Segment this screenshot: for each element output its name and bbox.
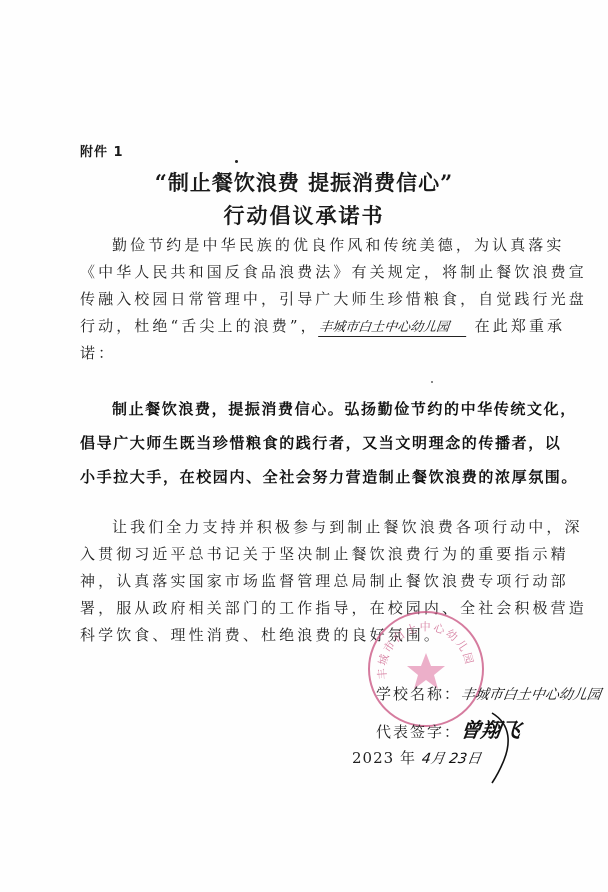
document-subtitle: 行动倡议承诺书 <box>0 200 608 230</box>
text-line: 传融入校园日常管理中，引导广大师生珍惜粮食，自觉践行光盘 <box>80 286 542 313</box>
date-month-day-handwritten: 4月 23日 <box>420 748 482 768</box>
text-line: 神，认真落实国家市场监督管理总局制止餐饮浪费专项行动部 <box>80 568 542 595</box>
text-line: 制止餐饮浪费，提振消费信心。弘扬勤俭节约的中华传统文化， <box>80 392 542 426</box>
document-page: 附件 1 “制止餐饮浪费 提振消费信心” 行动倡议承诺书 勤俭节约是中华民族的优… <box>0 0 608 892</box>
text-line: 诺： <box>80 340 542 367</box>
representative-label: 代表签字： <box>376 723 461 741</box>
text-line: 让我们全力支持并积极参与到制止餐饮浪费各项行动中，深 <box>80 514 542 541</box>
school-name-label: 学校名称： <box>376 685 461 703</box>
text-line: 小手拉大手，在校园内、全社会努力营造制止餐饮浪费的浓厚氛围。 <box>80 460 542 494</box>
paragraph-intro: 勤俭节约是中华民族的优良作风和传统美德，为认真落实 《中华人民共和国反食品浪费法… <box>80 232 542 367</box>
school-name-row: 学校名称：丰城市白土中心幼儿园 <box>376 683 601 704</box>
scan-dot <box>235 160 238 163</box>
document-title: “制止餐饮浪费 提振消费信心” <box>0 167 608 197</box>
date-row: 2023 年 4月 23日 <box>352 747 481 768</box>
text-line-with-fill: 行动，杜绝“舌尖上的浪费”，丰城市白土中心幼儿园 在此郑重承 <box>80 313 542 340</box>
date-year: 2023 年 <box>352 749 422 767</box>
handwritten-school-name: 丰城市白土中心幼儿园 <box>318 320 468 337</box>
text-line: 《中华人民共和国反食品浪费法》有关规定，将制止餐饮浪费宣 <box>80 259 542 286</box>
attachment-label: 附件 1 <box>80 141 124 160</box>
paragraph-pledge: 制止餐饮浪费，提振消费信心。弘扬勤俭节约的中华传统文化， 倡导广大师生既当珍惜粮… <box>80 392 542 494</box>
scan-speck <box>431 381 433 383</box>
official-stamp: 丰城市白土中心幼儿园 <box>368 611 484 727</box>
school-name-handwritten: 丰城市白土中心幼儿园 <box>460 684 603 704</box>
text-line: 勤俭节约是中华民族的优良作风和传统美德，为认真落实 <box>80 232 542 259</box>
signature-flourish <box>482 705 522 785</box>
text-line: 倡导广大师生既当珍惜粮食的践行者，又当文明理念的传播者，以 <box>80 426 542 460</box>
text-segment: 在此郑重承 <box>475 317 566 335</box>
text-line: 入贯彻习近平总书记关于坚决制止餐饮浪费行为的重要指示精 <box>80 541 542 568</box>
text-segment: 行动，杜绝“舌尖上的浪费”， <box>80 317 319 335</box>
